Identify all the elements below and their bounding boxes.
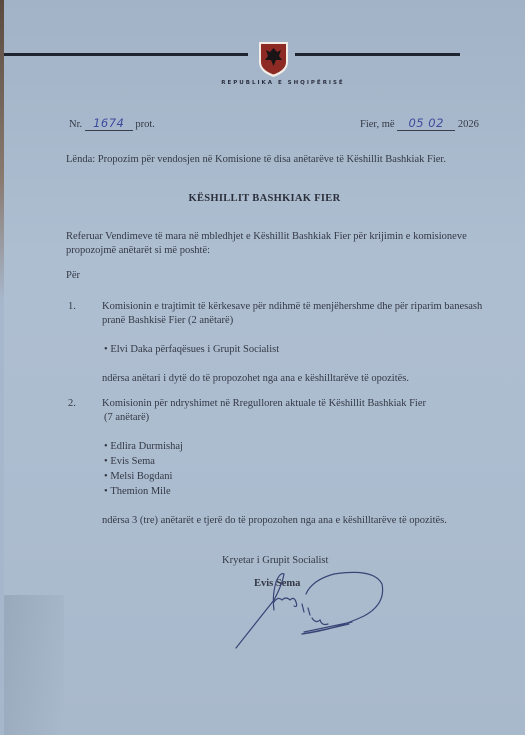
item-1-member: Elvi Daka përfaqësues i Grupit Socialist — [104, 344, 279, 355]
republic-label: REPUBLIKA E SHQIPËRISË — [218, 80, 348, 86]
item-2-member: Melsi Bogdani — [104, 471, 172, 482]
header-rule-left — [4, 53, 248, 56]
date-day-month: 05 02 — [397, 116, 455, 131]
document-date: Fier, më 05 02 2026 — [360, 116, 479, 131]
item-1-title-line-2: pranë Bashkisë Fier (2 anëtarë) — [102, 315, 233, 326]
item-2-note: ndërsa 3 (tre) anëtarët e tjerë do të pr… — [102, 515, 447, 526]
per-label: Për — [66, 270, 80, 281]
item-2-number: 2. — [68, 398, 76, 409]
item-2-title-line-2: (7 anëtarë) — [104, 412, 149, 423]
albanian-coat-of-arms-icon — [257, 38, 290, 78]
document-page: REPUBLIKA E SHQIPËRISË Nr. 1674 prot. Fi… — [4, 0, 525, 735]
handwritten-signature-icon — [224, 560, 404, 660]
place-prefix: Fier, më — [360, 119, 395, 130]
subject-line: Lënda: Propozim për vendosjen në Komisio… — [66, 154, 446, 165]
item-1-title-line-1: Komisionin e trajtimit të kërkesave për … — [102, 301, 482, 312]
item-2-title-line-1: Komisionin për ndryshimet në Rregulloren… — [102, 398, 426, 409]
header-rule-right — [295, 53, 460, 56]
item-2-member: Evis Sema — [104, 456, 155, 467]
item-2-member: Themion Mile — [104, 486, 171, 497]
protocol-number: Nr. 1674 prot. — [69, 116, 155, 131]
intro-line-1: Referuar Vendimeve të mara në mbledhjet … — [66, 231, 467, 242]
date-year: 2026 — [458, 119, 479, 130]
item-1-number: 1. — [68, 301, 76, 312]
protocol-prefix: Nr. — [69, 119, 82, 130]
protocol-number-value: 1674 — [85, 116, 133, 131]
item-2-member: Edlira Durmishaj — [104, 441, 183, 452]
addressee-title: KËSHILLIT BASHKIAK FIER — [4, 193, 525, 204]
intro-line-2: propozojmë anëtarët si më poshtë: — [66, 245, 210, 256]
protocol-suffix: prot. — [135, 119, 155, 130]
item-1-note: ndërsa anëtari i dytë do të propozohet n… — [102, 373, 409, 384]
